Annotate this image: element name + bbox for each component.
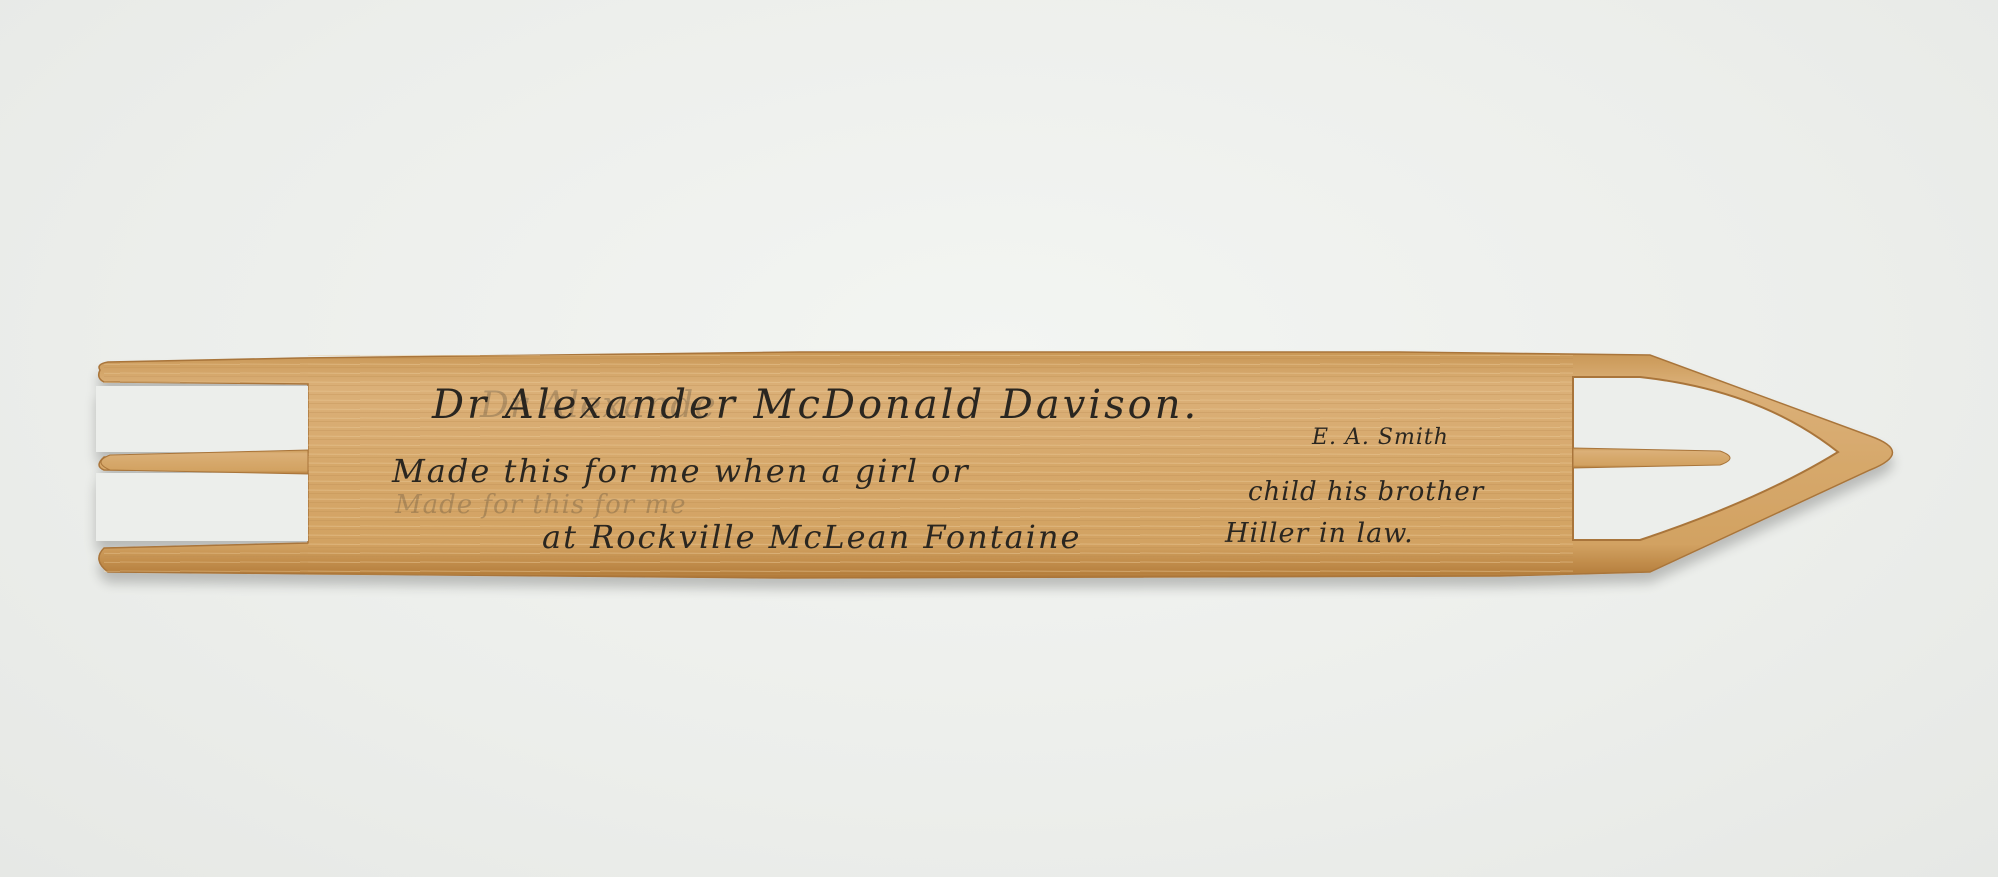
netting-needle (0, 0, 1998, 877)
annotation-smith: E. A. Smith (1312, 425, 1449, 450)
annotation-child: child his brother (1248, 477, 1484, 507)
inscription-line-2: Made this for me when a girl or (392, 452, 970, 490)
annotation-in-law: Hiller in law. (1225, 518, 1414, 549)
faint-pencil-text: Made for this for me (395, 490, 687, 520)
inscription-line-3: at Rockville McLean Fontaine (542, 518, 1081, 556)
inscription-line-1: Dr Alexander McDonald Davison. (432, 382, 1199, 428)
photo-stage: Dr Alexander Made for this for me Dr Ale… (0, 0, 1998, 877)
